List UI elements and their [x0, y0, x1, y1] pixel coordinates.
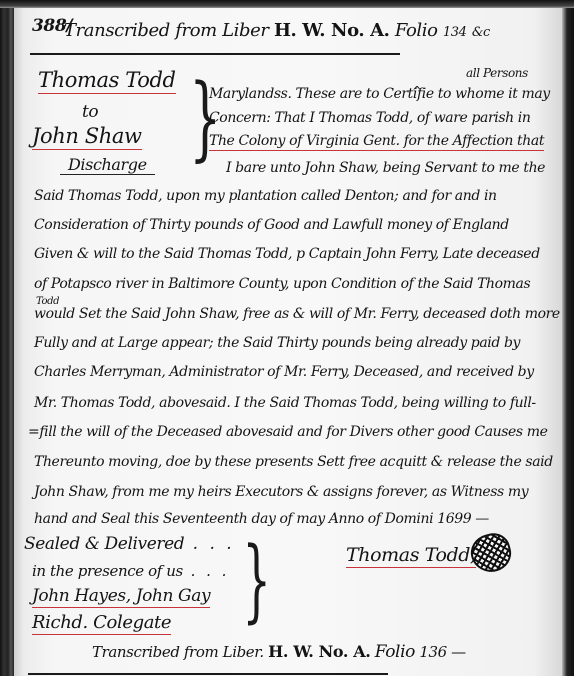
body-line-8: of Potapsco river in Baltimore County, u… [34, 276, 530, 292]
interlineation-all-persons: all Persons [466, 66, 528, 80]
header-prefix: Transcribed from Liber [64, 20, 269, 41]
footer-suffix: — [451, 643, 466, 661]
body-line-15: John Shaw, from me my heirs Executors & … [34, 484, 528, 500]
ledger-page: 388/ Transcribed from Liber H. W. No. A.… [14, 6, 562, 676]
book-binding [0, 0, 14, 676]
header-liber: H. W. No. A. [274, 20, 390, 41]
attestation-witnesses: John Hayes, John Gay [32, 586, 210, 608]
footer-folio-label: Folio [375, 642, 415, 662]
caption-to: to [82, 102, 98, 122]
footer-folio: 136 [419, 643, 446, 661]
body-line-11: Charles Merryman, Administrator of Mr. F… [34, 364, 534, 380]
body-line-14: Thereunto moving, doe by these presents … [34, 454, 553, 470]
body-line-12: Mr. Thomas Todd, abovesaid. I the Said T… [34, 395, 536, 411]
caption-grantor: Thomas Todd [38, 68, 176, 94]
footer-transcription: Transcribed from Liber. H. W. No. A. Fol… [92, 642, 466, 662]
caption-grantee: John Shaw [32, 124, 142, 150]
attestation-witness-colegate: Richd. Colegate [32, 612, 171, 635]
body-line-6: Consideration of Thirty pounds of Good a… [34, 217, 509, 233]
body-line-3: The Colony of Virginia Gent. for the Aff… [209, 133, 544, 149]
footer-rule [28, 673, 388, 675]
caption-type: Discharge [60, 155, 155, 175]
header-folio: 134 [443, 25, 467, 40]
page-top-edge [0, 0, 574, 8]
header-suffix: &c [472, 25, 490, 40]
attestation-brace: } [242, 536, 271, 626]
body-line-2: Concern: That I Thomas Todd, of ware par… [209, 110, 531, 126]
body-line-7: Given & will to the Said Thomas Todd, p … [34, 246, 540, 262]
page-right-edge [562, 0, 574, 676]
attestation-sealed-delivered: Sealed & Delivered . . . [24, 534, 235, 554]
body-line-10: Fully and at Large appear; the Said Thir… [34, 335, 520, 351]
body-line-1: Marylandss. These are to Certifie to who… [209, 86, 550, 102]
footer-prefix: Transcribed from Liber. [92, 643, 264, 661]
header-folio-label: Folio [395, 20, 438, 41]
body-line-16: hand and Seal this Seventeenth day of ma… [34, 511, 489, 527]
wax-seal-icon [467, 529, 515, 576]
signature-thomas-todd: Thomas Todd, [346, 544, 476, 568]
footer-liber: H. W. No. A. [268, 642, 370, 661]
header-transcription: Transcribed from Liber H. W. No. A. Foli… [64, 20, 490, 41]
body-line-9: would Set the Said John Shaw, free as & … [34, 306, 560, 322]
body-line-5: Said Thomas Todd, upon my plantation cal… [34, 188, 497, 204]
body-line-13: =fill the will of the Deceased abovesaid… [28, 424, 548, 440]
body-line-4: I bare unto John Shaw, being Servant to … [226, 160, 545, 176]
header-rule [30, 53, 400, 55]
attestation-presence: in the presence of us . . . [32, 562, 229, 580]
